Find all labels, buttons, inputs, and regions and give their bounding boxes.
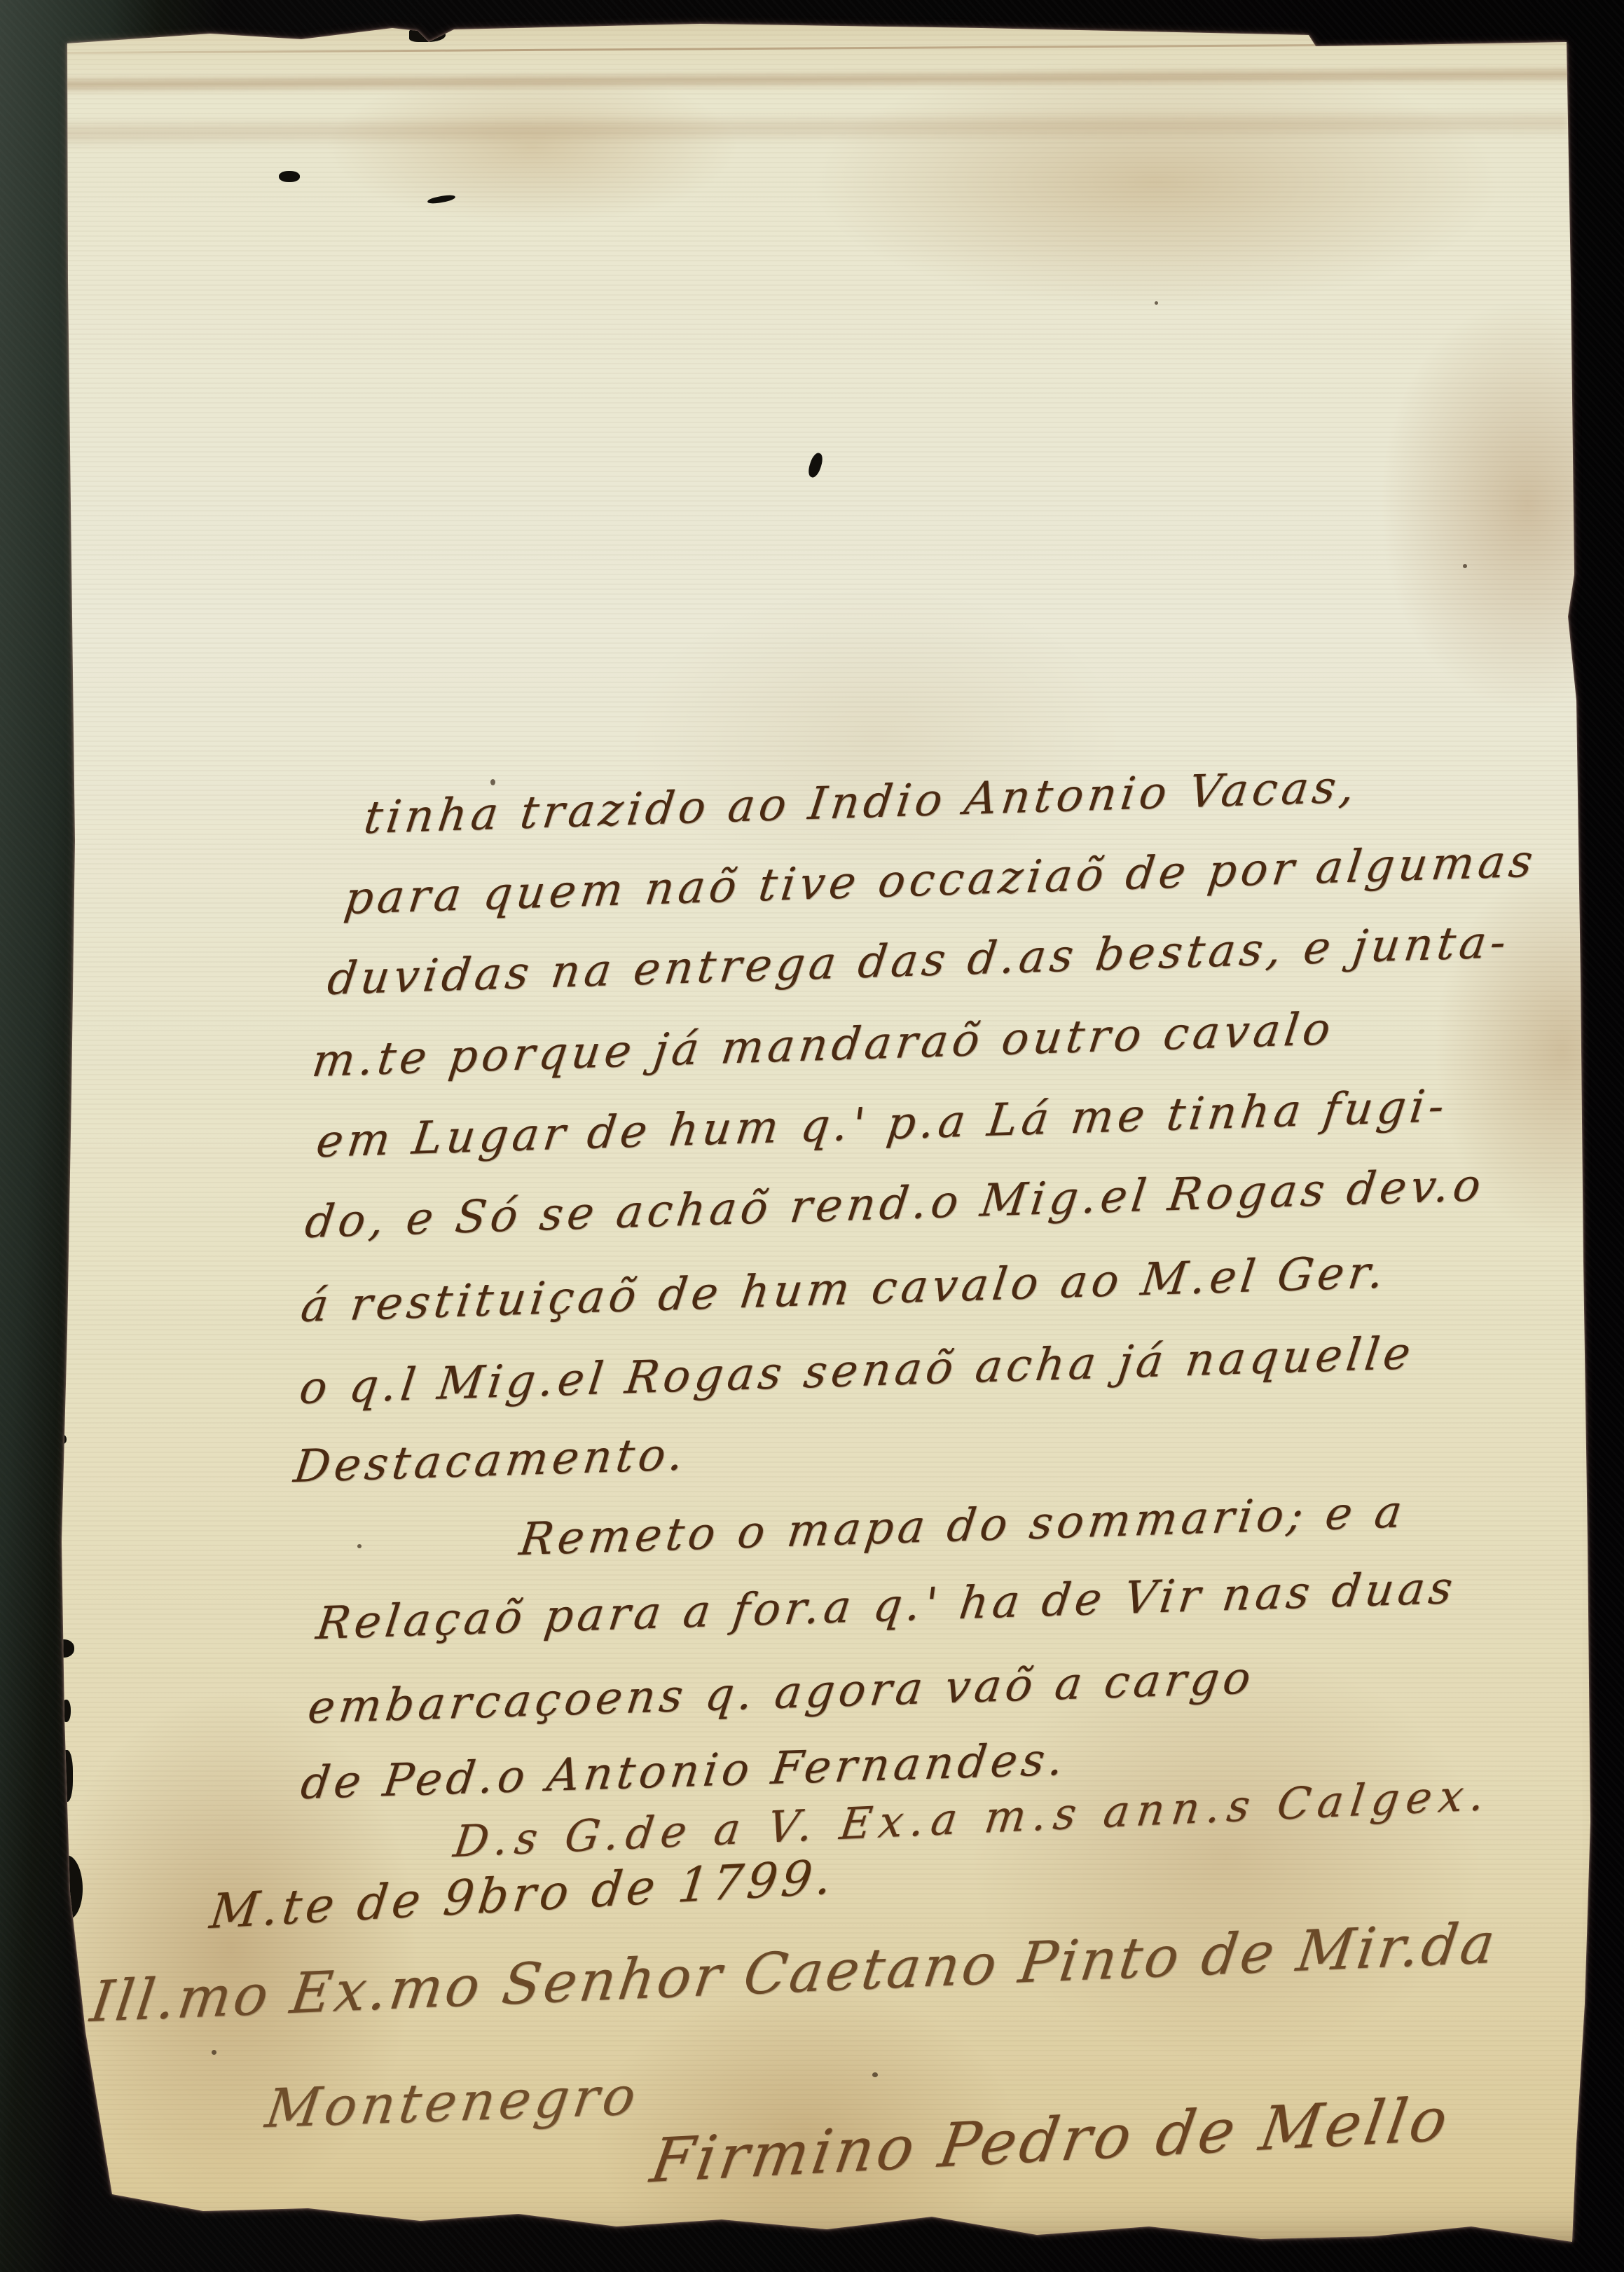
manuscript-line: tinha trazido ao Indio Antonio Vacas, — [362, 764, 1361, 841]
manuscript-line: do, e Só se achaõ rend.o Mig.el Rogas de… — [303, 1163, 1487, 1245]
manuscript-line: para quem naõ tive occaziaõ de por algum… — [342, 839, 1539, 921]
fold-crease — [56, 65, 1569, 94]
worm-hole — [52, 1855, 83, 1920]
worm-hole — [52, 1639, 74, 1658]
edge-mark — [279, 171, 300, 182]
date-line: M.te de 9bro de 1799. — [207, 1854, 839, 1936]
worm-hole — [64, 1964, 71, 1975]
manuscript-line: Remeto o mapa do sommario; e a — [517, 1489, 1409, 1562]
speck — [1155, 301, 1158, 305]
worm-hole — [806, 451, 825, 479]
manuscript-line: em Lugar de hum q.' p.a Lá me tinha fugi… — [314, 1084, 1451, 1164]
manuscript-line: duvidas na entrega das d.as bestas, e ju… — [325, 920, 1513, 1002]
manuscript-line: embarcaçoens q. agora vaõ a cargo — [305, 1655, 1258, 1730]
signature: Firmino Pedro de Mello — [647, 2089, 1454, 2192]
manuscript-page: tinha trazido ao Indio Antonio Vacas, pa… — [0, 0, 1624, 2272]
speck — [357, 1544, 362, 1548]
address-line: Montenegro — [263, 2069, 643, 2135]
worm-hole — [62, 1700, 71, 1722]
manuscript-line: o q.l Mig.el Rogas senaõ acha já naquell… — [297, 1331, 1417, 1411]
speck — [872, 2072, 878, 2077]
worm-hole — [49, 1352, 63, 1363]
manuscript-line: á restituiçaõ de hum cavalo ao M.el Ger. — [298, 1250, 1390, 1329]
edge-notch — [409, 28, 446, 42]
edge-slit — [427, 194, 456, 205]
speck — [1463, 564, 1467, 568]
fold-crease-shadow — [56, 109, 1569, 147]
speck — [490, 779, 495, 785]
speck — [212, 2050, 216, 2055]
manuscript-line: Relaçaõ para a for.a q.' ha de Vir nas d… — [314, 1566, 1459, 1646]
worm-hole — [59, 1750, 73, 1802]
manuscript-line: m.te porque já mandaraõ outro cavalo — [310, 1007, 1337, 1084]
paper-wrap: tinha trazido ao Indio Antonio Vacas, pa… — [0, 0, 1624, 2272]
worm-hole — [59, 1435, 67, 1444]
photograph-of-manuscript: tinha trazido ao Indio Antonio Vacas, pa… — [0, 0, 1624, 2272]
manuscript-line: Destacamento. — [291, 1432, 690, 1489]
underlying-sheet-edge — [64, 43, 1568, 54]
